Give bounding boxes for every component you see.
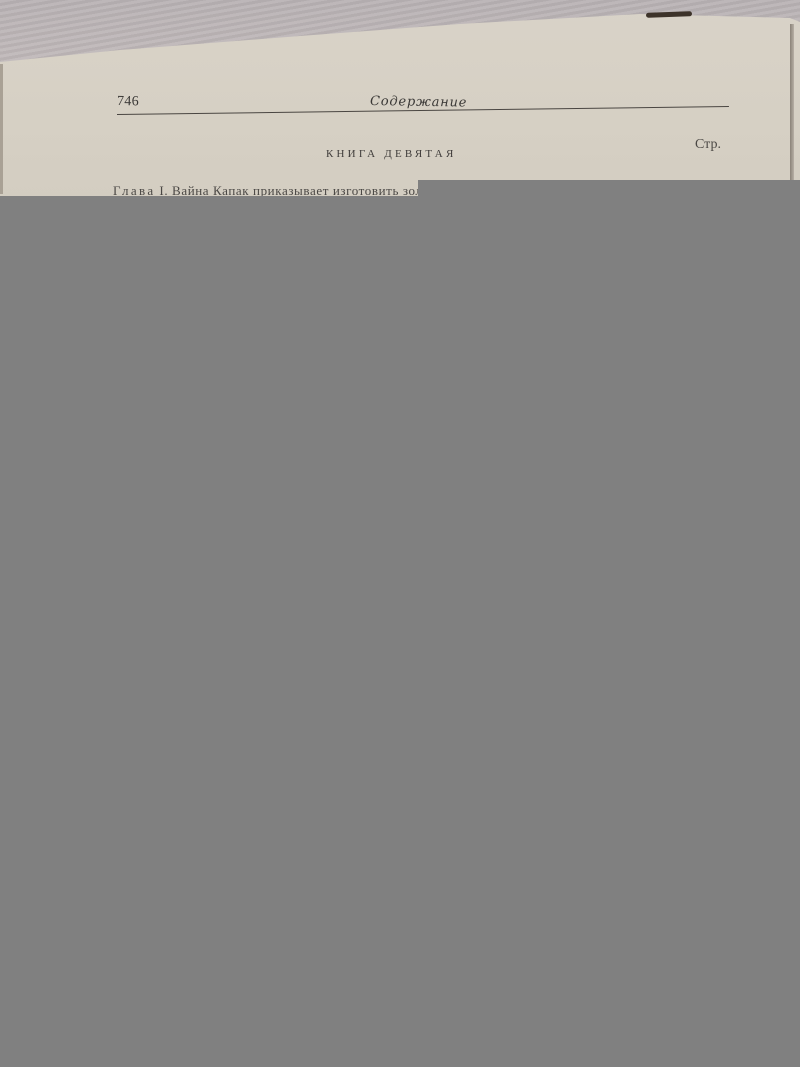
page-right-edge <box>790 24 794 194</box>
page-left-edge <box>0 64 3 194</box>
chapter-label: Глава <box>113 183 156 197</box>
redaction-mask <box>0 196 800 1067</box>
photo-scene: 746 Содержание Стр. КНИГА ДЕВЯТАЯ Глава … <box>0 0 800 1067</box>
redaction-mask-top <box>418 180 800 196</box>
header-title: Содержание <box>370 94 467 111</box>
page-column-label: Стр. <box>695 137 721 153</box>
section-title: КНИГА ДЕВЯТАЯ <box>326 148 456 160</box>
page-number: 746 <box>117 94 139 110</box>
chapter-number: I. <box>159 183 168 197</box>
